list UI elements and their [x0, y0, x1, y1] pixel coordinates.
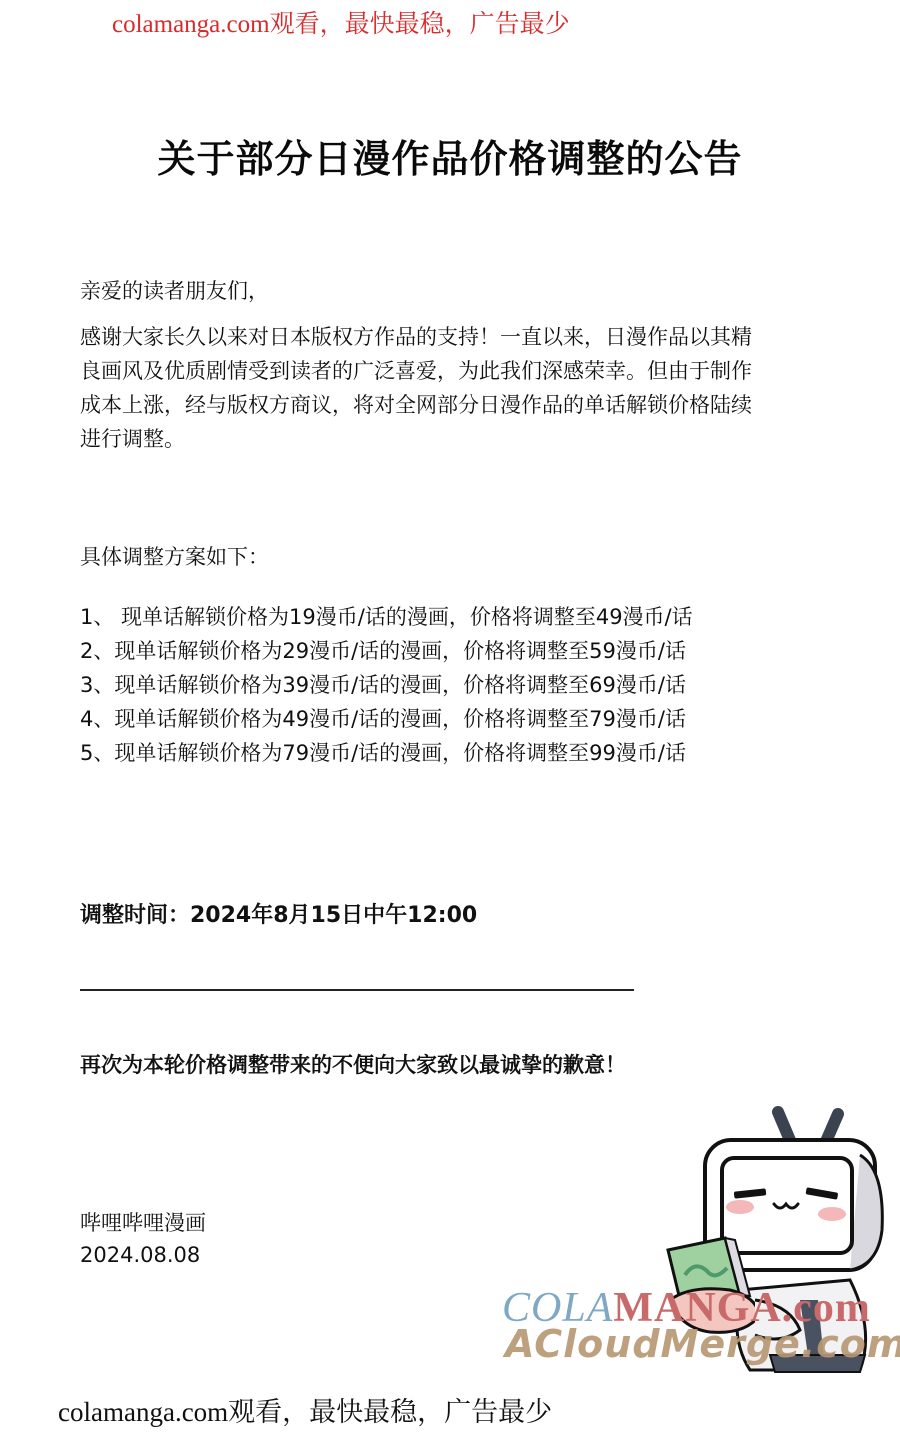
- plan-list: 1、 现单话解锁价格为19漫币/话的漫画，价格将调整至49漫币/话 2、现单话解…: [80, 600, 693, 770]
- list-item: 2、现单话解锁价格为29漫币/话的漫画，价格将调整至59漫币/话: [80, 634, 693, 668]
- paragraph-line: 感谢大家长久以来对日本版权方作品的支持！一直以来，日漫作品以其精: [80, 320, 810, 354]
- greeting: 亲爱的读者朋友们，: [80, 275, 269, 305]
- plan-heading: 具体调整方案如下：: [80, 541, 269, 571]
- adjust-time: 调整时间：2024年8月15日中午12:00: [80, 898, 477, 929]
- divider: [80, 989, 634, 991]
- paragraph-line: 进行调整。: [80, 422, 810, 456]
- list-item: 1、 现单话解锁价格为19漫币/话的漫画，价格将调整至49漫币/话: [80, 600, 693, 634]
- watermark-top: colamanga.com观看，最快最稳，广告最少: [112, 4, 570, 40]
- intro-paragraph: 感谢大家长久以来对日本版权方作品的支持！一直以来，日漫作品以其精 良画风及优质剧…: [80, 320, 810, 456]
- watermark-bottom: colamanga.com观看，最快最稳，广告最少: [58, 1390, 552, 1429]
- watermark-logo-line2: ACloudMerge.com: [505, 1322, 900, 1366]
- page-title: 关于部分日漫作品价格调整的公告: [0, 128, 900, 183]
- paragraph-line: 成本上涨，经与版权方商议，将对全网部分日漫作品的单话解锁价格陆续: [80, 388, 810, 422]
- list-item: 4、现单话解锁价格为49漫币/话的漫画，价格将调整至79漫币/话: [80, 702, 693, 736]
- apology-text: 再次为本轮价格调整带来的不便向大家致以最诚挚的歉意！: [80, 1049, 626, 1079]
- paragraph-line: 良画风及优质剧情受到读者的广泛喜爱，为此我们深感荣幸。但由于制作: [80, 354, 810, 388]
- publish-date: 2024.08.08: [80, 1243, 200, 1267]
- list-item: 5、现单话解锁价格为79漫币/话的漫画，价格将调整至99漫币/话: [80, 736, 693, 770]
- list-item: 3、现单话解锁价格为39漫币/话的漫画，价格将调整至69漫币/话: [80, 668, 693, 702]
- signature: 哔哩哔哩漫画: [80, 1207, 206, 1237]
